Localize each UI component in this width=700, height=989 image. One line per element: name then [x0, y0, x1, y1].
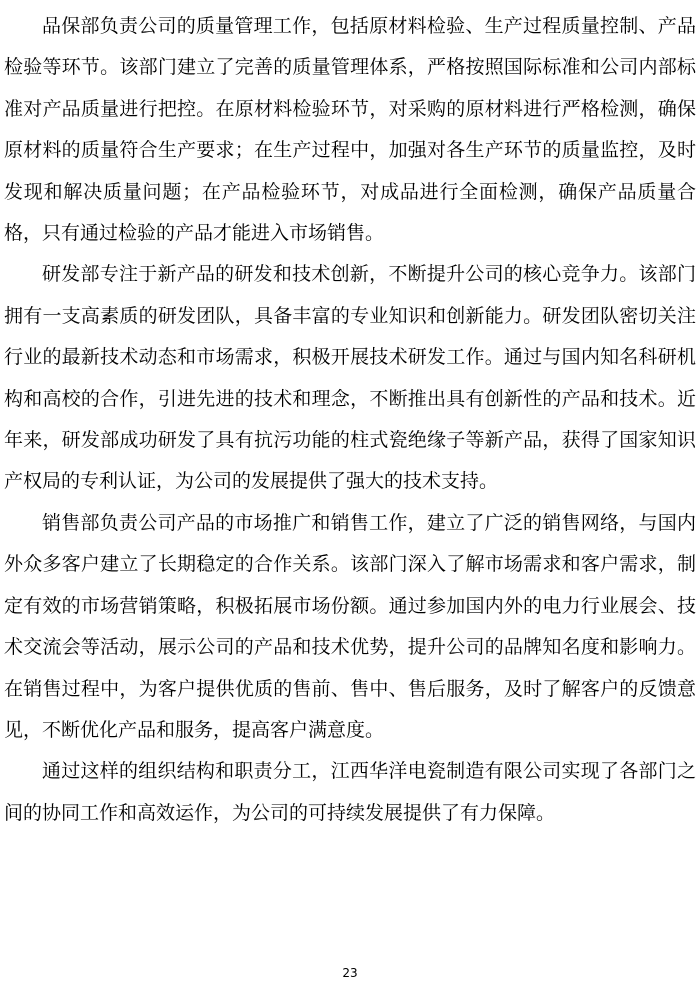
page-footer: 23: [0, 964, 700, 982]
document-page: 品保部负责公司的质量管理工作，包括原材料检验、生产过程质量控制、产品检验等环节。…: [0, 0, 700, 989]
page-number: 23: [342, 966, 357, 980]
paragraph-quality-dept: 品保部负责公司的质量管理工作，包括原材料检验、生产过程质量控制、产品检验等环节。…: [4, 6, 696, 254]
paragraph-rd-dept: 研发部专注于新产品的研发和技术创新，不断提升公司的核心竞争力。该部门拥有一支高素…: [4, 254, 696, 502]
paragraph-sales-dept: 销售部负责公司产品的市场推广和销售工作，建立了广泛的销售网络，与国内外众多客户建…: [4, 503, 696, 751]
document-body: 品保部负责公司的质量管理工作，包括原材料检验、生产过程质量控制、产品检验等环节。…: [0, 0, 700, 834]
paragraph-summary: 通过这样的组织结构和职责分工，江西华洋电瓷制造有限公司实现了各部门之间的协同工作…: [4, 751, 696, 834]
